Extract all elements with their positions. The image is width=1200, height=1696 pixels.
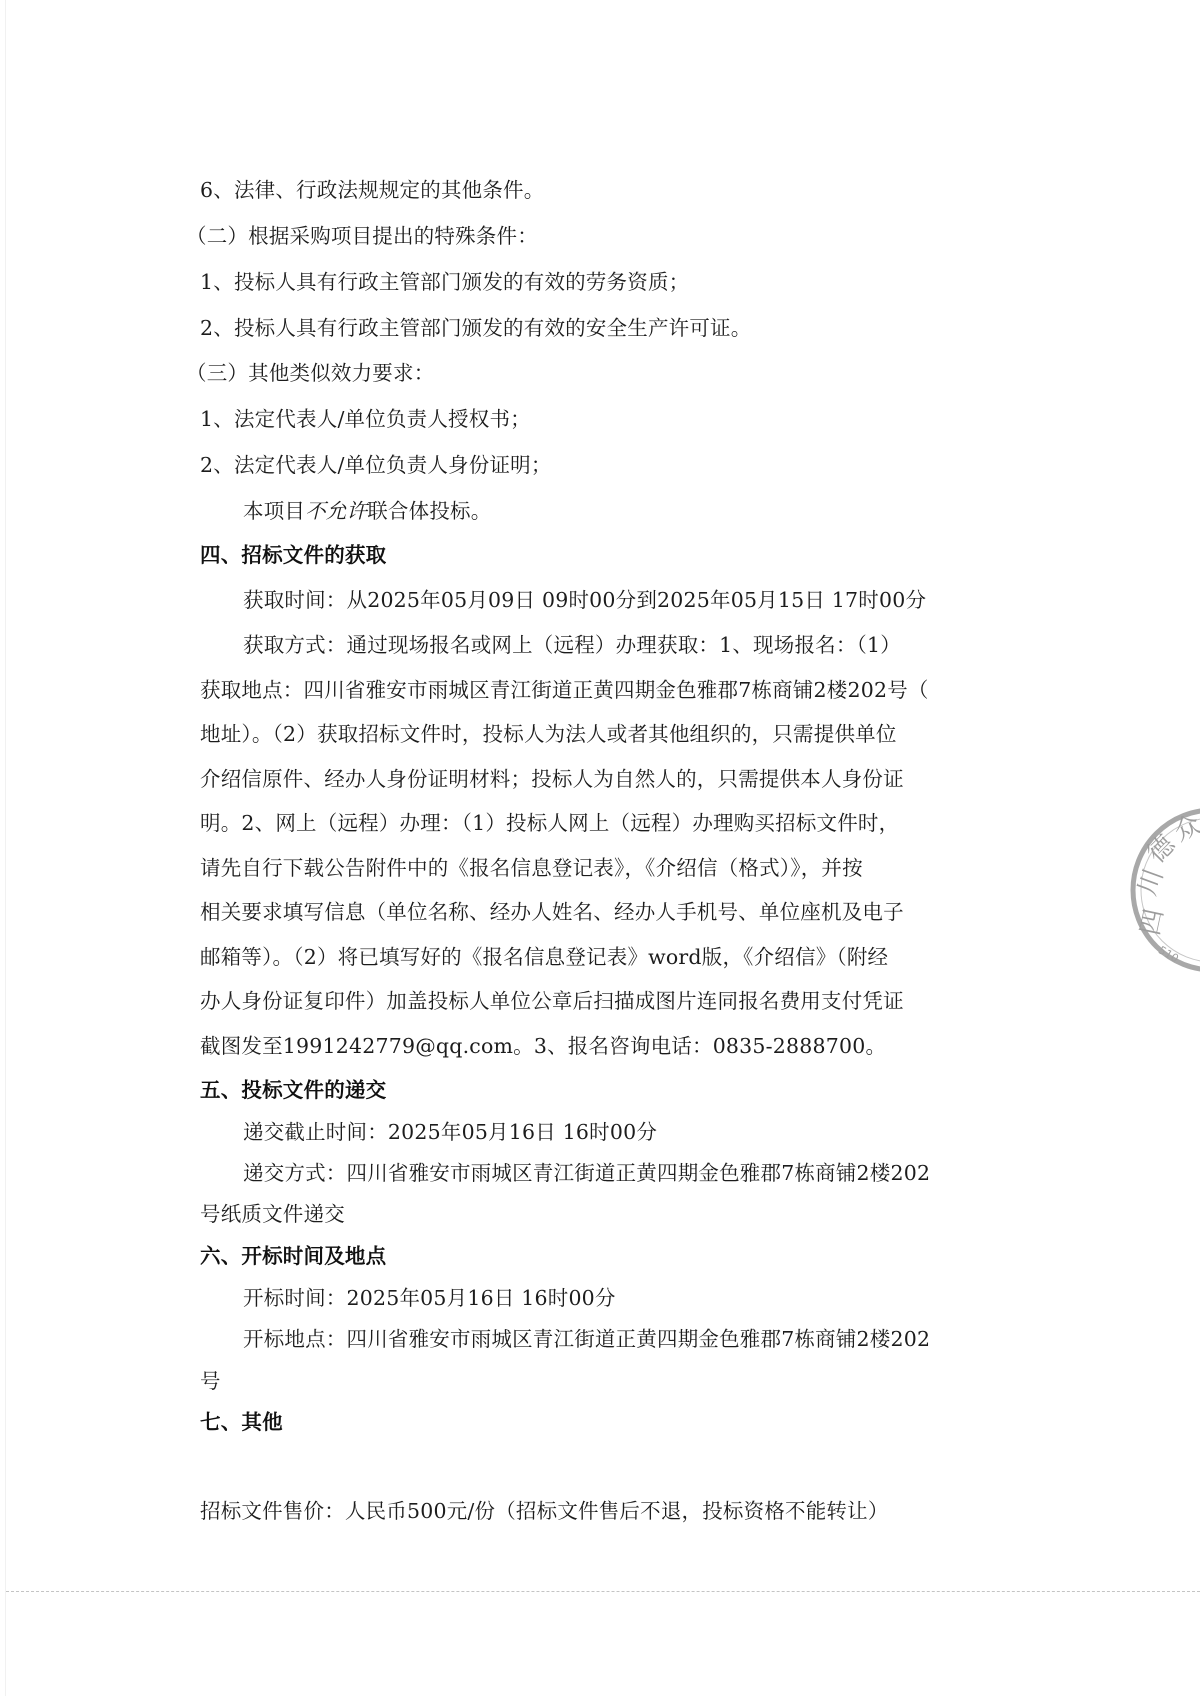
submission-method-line-1: 递交方式：四川省雅安市雨城区青江街道正黄四期金色雅郡7栋商铺2楼202 [243,1159,930,1187]
acquisition-method-line-9: 办人身份证复印件）加盖投标人单位公章后扫描成图片连同报名费用支付凭证 [200,987,904,1015]
acquisition-method-line-1: 获取方式：通过现场报名或网上（远程）办理获取：1、现场报名：（1） [243,631,901,659]
acquisition-method-line-7: 相关要求填写信息（单位名称、经办人姓名、经办人手机号、单位座机及电子 [200,898,904,926]
acquisition-method-line-2: 获取地点：四川省雅安市雨城区青江街道正黄四期金色雅郡7栋商铺2楼202号（ [200,676,929,704]
section-7-title: 七、其他 [200,1408,283,1436]
acquisition-method-line-5: 明。2、网上（远程）办理：（1）投标人网上（远程）办理购买招标文件时， [200,809,899,837]
opening-place-line-1: 开标地点：四川省雅安市雨城区青江街道正黄四期金色雅郡7栋商铺2楼202 [243,1325,930,1353]
special-condition-2: 2、投标人具有行政主管部门颁发的有效的安全生产许可证。 [200,314,751,342]
section-5-title: 五、投标文件的递交 [200,1076,386,1104]
opening-time: 开标时间：2025年05月16日 16时00分 [243,1284,616,1312]
scan-edge [5,0,6,1696]
consortium-emphasis: 不允许 [305,499,367,523]
special-condition-1: 1、投标人具有行政主管部门颁发的有效的劳务资质； [200,268,689,296]
svg-text:510: 510 [1156,944,1181,966]
opening-place-line-2: 号 [200,1367,221,1395]
svg-text:川: 川 [1132,865,1169,900]
document-price: 招标文件售价：人民币500元/份（招标文件售后不退，投标资格不能转让） [200,1497,889,1525]
document-page: 6、法律、行政法规规定的其他条件。 （二）根据采购项目提出的特殊条件： 1、投标… [0,0,1200,1696]
section-4-title: 四、招标文件的获取 [200,541,386,569]
consortium-prefix: 本项目 [243,499,305,523]
special-conditions-title: （二）根据采购项目提出的特殊条件： [186,222,538,250]
svg-text:德: 德 [1142,829,1182,869]
acquisition-method-line-6: 请先自行下载公告附件中的《报名信息登记表》，《介绍信（格式）》，并按 [200,854,863,882]
acquisition-method-line-3: 地址）。（2）获取招标文件时，投标人为法人或者其他组织的，只需提供单位 [200,720,897,748]
svg-text:四: 四 [1135,906,1170,938]
scan-dashed-line [6,1591,1200,1592]
submission-deadline: 递交截止时间：2025年05月16日 16时00分 [243,1118,657,1146]
other-requirement-1: 1、法定代表人/单位负责人授权书； [200,405,531,433]
acquisition-time: 获取时间：从2025年05月09日 09时00分到2025年05月15日 17时… [243,586,926,614]
other-requirement-2: 2、法定代表人/单位负责人身份证明； [200,451,552,479]
acquisition-method-line-10: 截图发至1991242779@qq.com。3、报名咨询电话：0835-2888… [200,1032,886,1060]
consortium-suffix: 联合体投标。 [367,499,491,523]
submission-method-line-2: 号纸质文件递交 [200,1200,345,1228]
svg-text:众: 众 [1169,810,1200,848]
acquisition-method-line-8: 邮箱等）。（2）将已填写好的《报名信息登记表》word版，《介绍信》（附经 [200,943,888,971]
section-6-title: 六、开标时间及地点 [200,1242,386,1270]
official-seal-icon: 四 川 德 众 510 [1128,805,1200,975]
other-requirements-title: （三）其他类似效力要求： [186,359,434,387]
requirement-6: 6、法律、行政法规规定的其他条件。 [200,176,544,204]
acquisition-method-line-4: 介绍信原件、经办人身份证明材料；投标人为自然人的，只需提供本人身份证 [200,765,904,793]
consortium-statement: 本项目不允许联合体投标。 [243,497,491,525]
